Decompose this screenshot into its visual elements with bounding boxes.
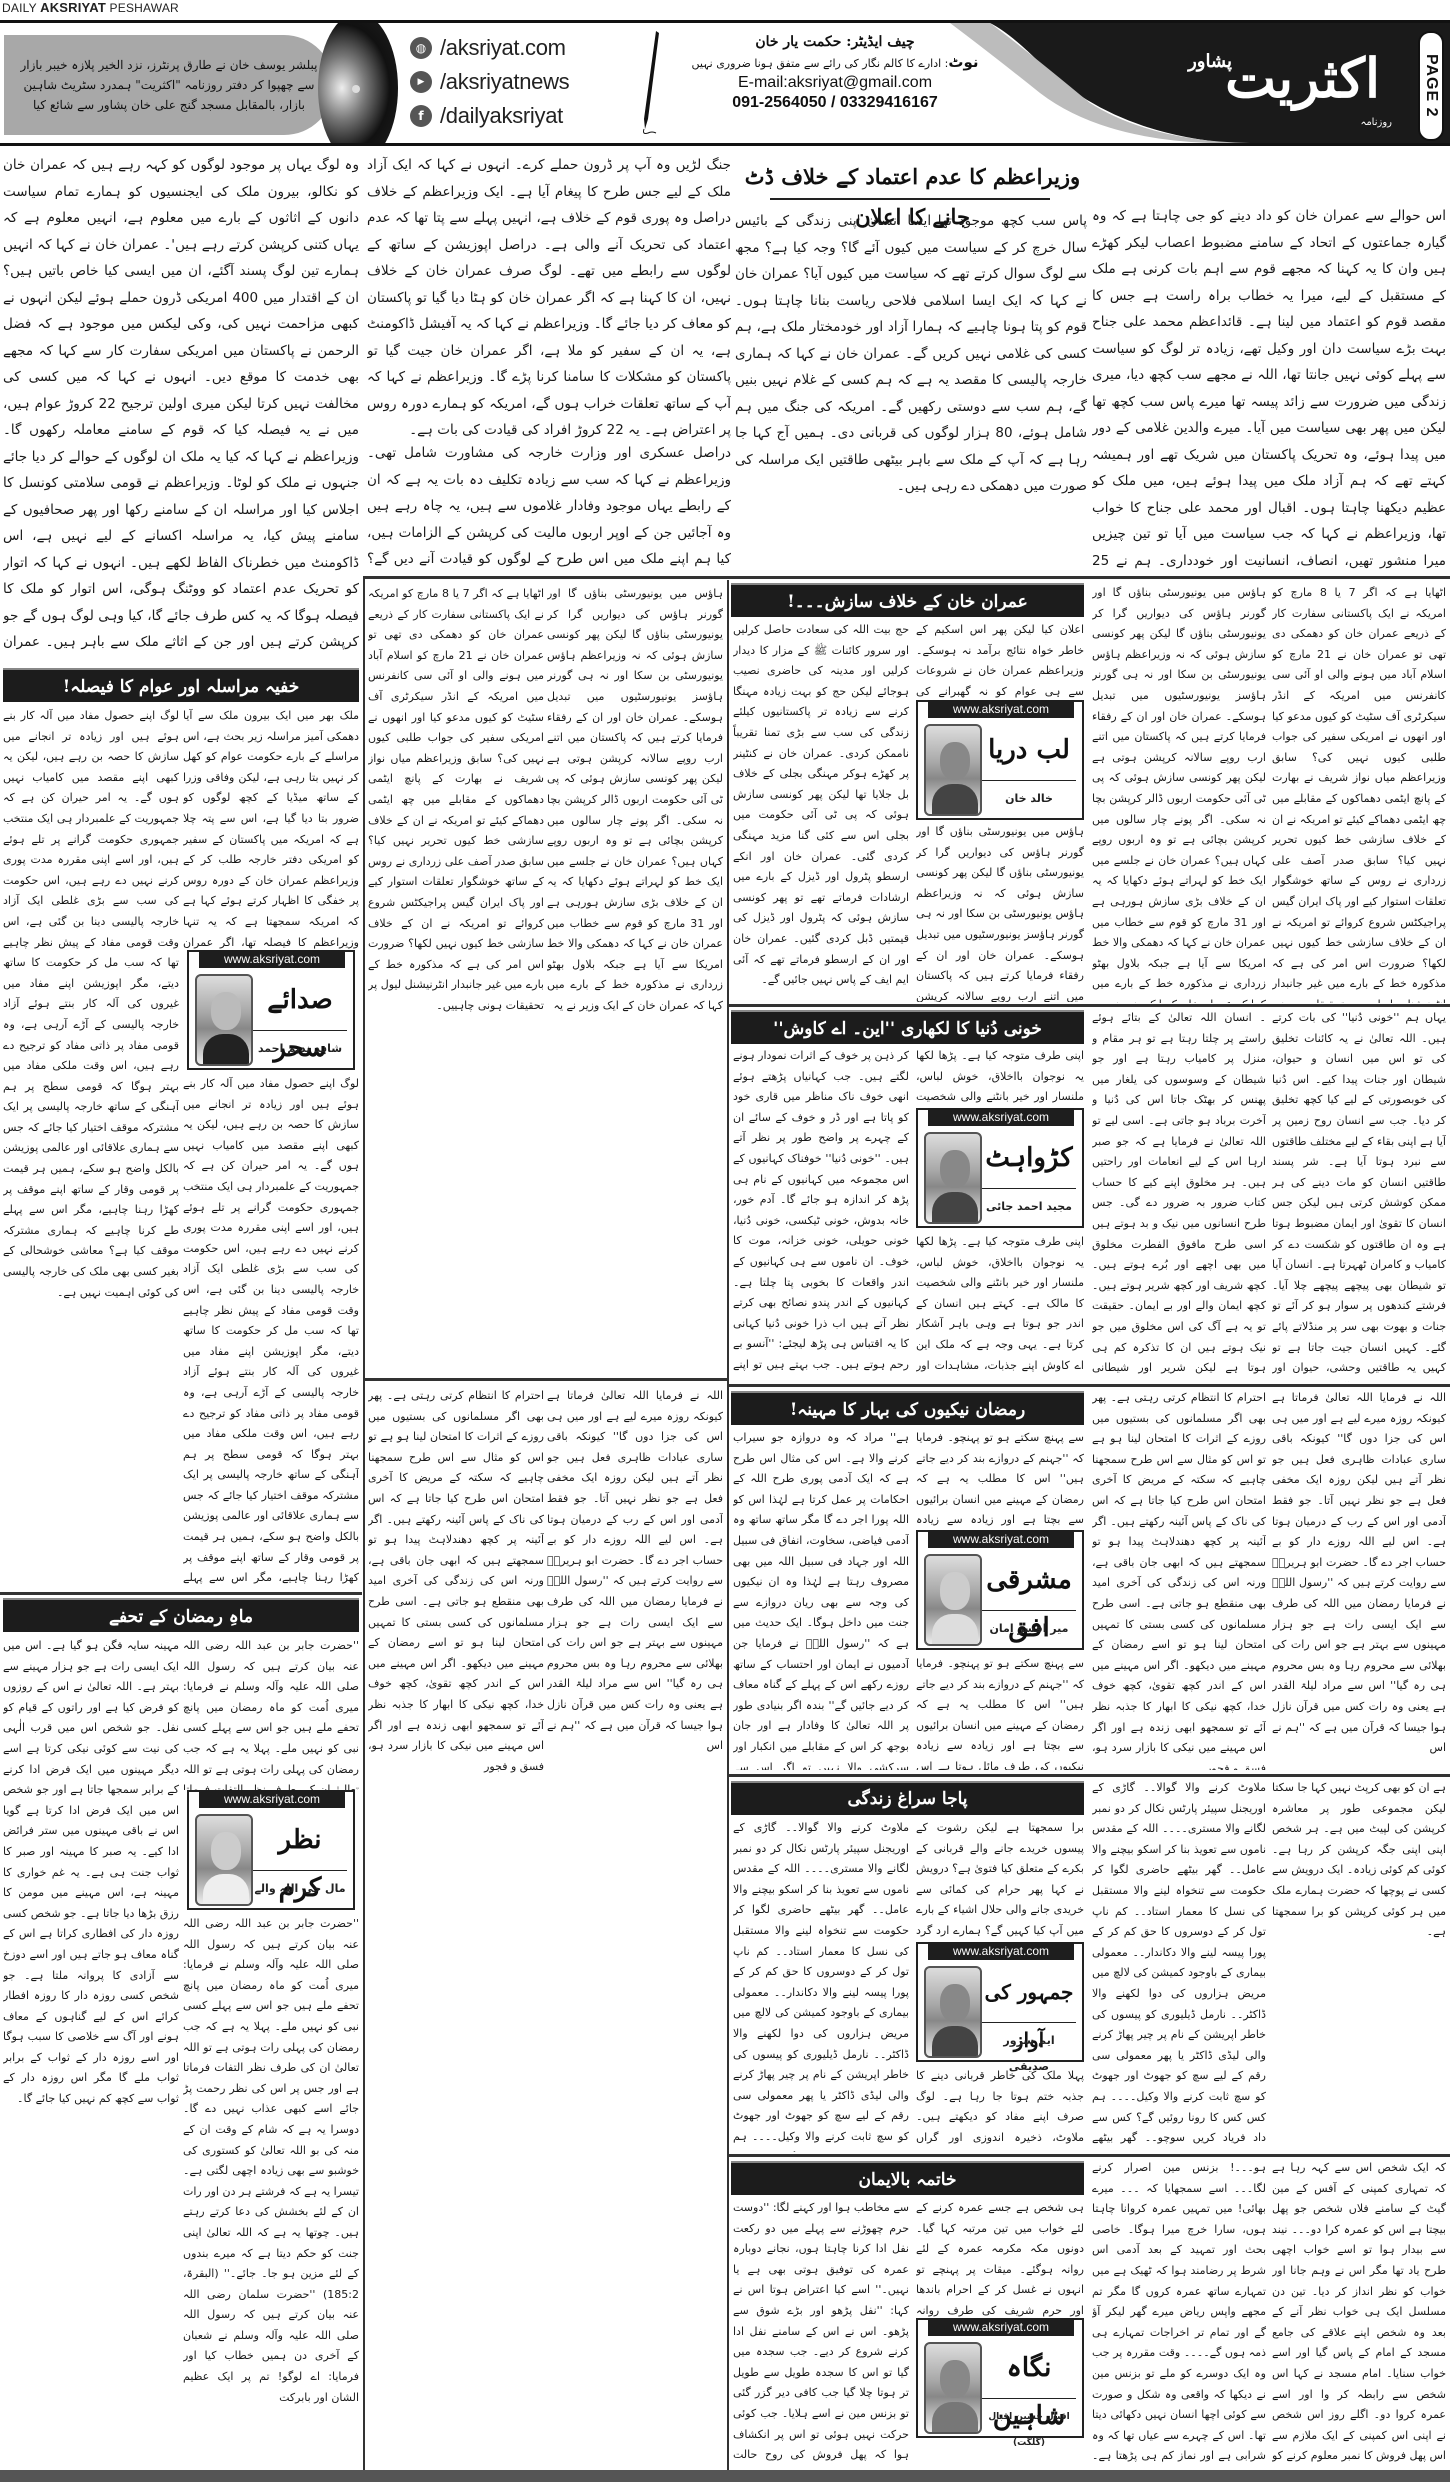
column-text: اپنی طرف متوجہ کیا ہے۔ پڑھا لکھا یہ نوجو…: [916, 1232, 1084, 1380]
column-headline: خاتمہ بالایمان: [731, 2161, 1084, 2195]
column-title: کڑواہٹ: [982, 1134, 1076, 1182]
column-text: ملاوٹ کرنے والا گوالا۔۔ گاڑی کے اوریجنل …: [733, 1818, 909, 2152]
column-text: اپنی طرف متوجہ کیا ہے۔ پڑھا لکھا یہ نوجو…: [916, 1046, 1084, 1108]
section-divider: [365, 1378, 727, 1381]
lead-text-col-3b: دراصل عسکری اور وزارت خارجہ کی مشاورت شا…: [367, 440, 731, 574]
footer-band: [0, 2470, 1450, 2482]
columnist-box: www.aksriyat.com صدائے سحر شاہد ندیم احم…: [187, 950, 355, 1070]
column-text: برا سمجھتا ہے لیکن رشوت کے پیسوں خریدے ج…: [916, 1818, 1084, 1942]
website-url: www.aksriyat.com: [928, 2318, 1074, 2336]
column-text: اللہ نے فرمایا اللہ تعالیٰ فرماتا ہے کیو…: [1272, 1388, 1446, 1770]
newspaper-logo: پشاور اکثریت روزنامہ: [1130, 33, 1400, 133]
column-headline: خفیہ مراسلہ اور عوام کا فیصلہ!: [3, 668, 359, 702]
columnist-box: www.aksriyat.com کڑواہٹ مجید احمد جائی: [916, 1108, 1084, 1228]
columnist-name: مجید احمد جائی: [982, 1194, 1076, 1220]
column-text: مہینہ سایہ فگن ہو گیا ہے۔ اس میں ایک ایس…: [3, 1636, 179, 2468]
column-title: لب دریا: [982, 726, 1076, 774]
social-link-youtube[interactable]: ▶ /aksriyatnews: [410, 65, 630, 99]
website-url: www.aksriyat.com: [199, 1790, 345, 1808]
column-text: ۔ انسان اللہ تعالیٰ کے بتائے ہوئے راستے …: [1092, 1008, 1266, 1382]
section-divider: [729, 1004, 1450, 1007]
column-text: ہی شخص ہے جسے عمرہ کرنے کے لئے خواب میں …: [916, 2198, 1084, 2320]
section-divider: [364, 576, 1450, 579]
column-text: ہاؤس میں یونیورسٹی بناؤں گا اور گورنر ہا…: [1092, 583, 1266, 1003]
masthead: پبلشر یوسف خان نے طارق پرنٹرز، نزد الخیر…: [0, 20, 1450, 146]
column-text: کر ذہن پر خوف کے اثرات نمودار ہونے لگتے …: [733, 1046, 909, 1380]
column-text: ہاؤس میں یونیورسٹی بناؤں گا اور گورنر ہا…: [547, 584, 723, 1374]
columnist-box: www.aksriyat.com نظر کرم مال جی اللہ وال…: [187, 1790, 355, 1910]
column-text: ہے'' مراد کہ وہ دروازہ جو سیراب کرنے وال…: [733, 1428, 909, 1770]
column-text: یہاں ہم ''خونی دُنیا'' کی بات کرتے ہیں۔ …: [1272, 1008, 1446, 1382]
website-url: www.aksriyat.com: [928, 1108, 1074, 1126]
column-text: کہ ایک شخص اس سے کہہ رہا ہے کہ تمہاری کم…: [1272, 2158, 1446, 2468]
lead-text-col-3: جنگ لڑیں وہ آپ پر ڈرون حملے کرے۔ انہوں ن…: [367, 152, 731, 442]
facebook-icon: f: [410, 105, 432, 127]
column-headline: ماہِ رمضان کے تحفے: [3, 1598, 359, 1632]
lead-text-col-4: وہ لوگ یہاں پر موجود لوگوں کو کہہ رہے ہی…: [3, 152, 359, 657]
column-text: احترام کا انتظام کرتی رہتی ہے۔ پھر بھی ا…: [1092, 1388, 1266, 1770]
social-links: ◍ /aksriyat.com ▶ /aksriyatnews f /daily…: [410, 31, 630, 133]
column-text: ملاوٹ کرنے والا گوالا۔۔ گاڑی کے اوریجنل …: [1092, 1778, 1266, 2152]
columnist-photo: [195, 974, 253, 1066]
website-url: www.aksriyat.com: [199, 950, 345, 968]
website-url: www.aksriyat.com: [928, 700, 1074, 718]
column-text: لوگ اپنے حصول مفاد میں آلہ کار بنے ہوئے …: [183, 1074, 359, 1588]
columnist-photo: [924, 2342, 982, 2434]
disc-decoration-icon: [318, 20, 398, 146]
column-headline: عمران خان کے خلاف سازش۔۔۔!: [731, 583, 1084, 617]
section-divider: [729, 2154, 1450, 2157]
social-link-facebook[interactable]: f /dailyaksriyat: [410, 99, 630, 133]
column-text: ملک بھر میں ایک بیرون ملک سے آیا دھمکی آ…: [183, 706, 359, 950]
column-text: لوگ اپنے حصول مفاد میں آلہ کار بنے ہوئے …: [3, 706, 179, 1588]
globe-icon: ◍: [410, 37, 432, 59]
columnist-name: میر افسر امان: [982, 1616, 1076, 1642]
columnist-photo: [924, 1132, 982, 1224]
columnist-photo: [924, 724, 982, 816]
page-number-tab: PAGE 2: [1418, 31, 1444, 141]
column-text: احترام کا انتظام کرتی رہتی ہے۔ پھر بھی ا…: [368, 1386, 544, 2468]
column-headline: خونی دُنیا کا لکھاری ''این۔ اے کاوش'': [731, 1010, 1084, 1044]
column-text: ہاؤس میں یونیورسٹی بناؤں گا اور گورنر ہا…: [916, 822, 1084, 1002]
social-link-website[interactable]: ◍ /aksriyat.com: [410, 31, 630, 65]
pen-icon: [640, 29, 660, 139]
publisher-box: پبلشر یوسف خان نے طارق پرنٹرز، نزد الخیر…: [4, 35, 334, 135]
column-text: اٹھایا ہے کہ اگر 7 یا 8 مارچ کو امریکہ ن…: [368, 584, 544, 1374]
newspaper-label: DAILY AKSRIYAT PESHAWAR: [2, 0, 179, 16]
column-text: سے پہنچ سکتے ہو تو پہنچو۔ فرمایا کہ ''جہ…: [916, 1654, 1084, 1770]
columnist-photo: [924, 1966, 982, 2058]
columnist-name: مال جی اللہ والے: [253, 1876, 347, 1902]
section-divider: [0, 1592, 362, 1595]
column-text: پہلا ملک کی خاطر قربانی دینے کا جذبہ ختم…: [916, 2066, 1084, 2152]
column-text: سے مخاطب ہوا اور کہنے لگا: ''دوست حرم چھ…: [733, 2198, 909, 2468]
youtube-icon: ▶: [410, 71, 432, 93]
column-divider: [727, 580, 729, 2470]
columnist-box: www.aksriyat.com جمہور کی آواز ایم سرور …: [916, 1942, 1084, 2062]
column-divider: [363, 576, 365, 2470]
column-text: سے پہنچ سکتے ہو تو پہنچو۔ فرمایا کہ ''جہ…: [916, 1428, 1084, 1530]
columnist-name: خالد خان: [982, 786, 1076, 812]
column-text: حج بیت اللہ کی سعادت حاصل کرلیں اور سرور…: [733, 620, 909, 1002]
columnist-photo: [924, 1554, 982, 1646]
website-url: www.aksriyat.com: [928, 1530, 1074, 1548]
column-text: اٹھایا ہے کہ اگر 7 یا 8 مارچ کو امریکہ ن…: [1272, 583, 1446, 1003]
lead-text-col-1: اس حوالے سے عمران خان کو داد دینے کو جی …: [1092, 203, 1446, 575]
column-text: ''حضرت جابر بن عبد اللہ رضی اللہ عنہ بیا…: [183, 1636, 359, 1790]
column-text: ''حضرت جابر بن عبد اللہ رضی اللہ عنہ بیا…: [183, 1914, 359, 2468]
section-divider: [729, 1774, 1450, 1777]
column-headline: رمضان نیکیوں کی بہار کا مہینہ!: [731, 1391, 1084, 1425]
website-url: www.aksriyat.com: [928, 1942, 1074, 1960]
column-text: ہو۔۔۔! بزنس مین اصرار کرنے لگا۔۔۔ اسے سم…: [1092, 2158, 1266, 2468]
section-divider: [729, 1384, 1450, 1387]
columnist-name: اقبال حسین اقبال (گلگت): [982, 2404, 1076, 2456]
columnist-name: شاہد ندیم احمد: [253, 1036, 347, 1062]
columnist-box: www.aksriyat.com نگاہ شاہین اقبال حسین ا…: [916, 2318, 1084, 2438]
columnist-photo: [195, 1814, 253, 1906]
columnist-box: www.aksriyat.com لب دریا خالد خان: [916, 700, 1084, 820]
column-text: اللہ نے فرمایا اللہ تعالیٰ فرماتا ہے کیو…: [547, 1386, 723, 2468]
lead-text-col-2: پاس سب کچھ موجود تھا ایسا انسان اپنی زند…: [735, 152, 1087, 576]
columnist-box: www.aksriyat.com مشرقی افق میر افسر امان: [916, 1530, 1084, 1650]
publisher-note: پبلشر یوسف خان نے طارق پرنٹرز، نزد الخیر…: [18, 55, 320, 115]
column-text: ہے ان کو بھی کرپٹ نہیں کہا جا سکتا لیکن …: [1272, 1778, 1446, 2152]
column-headline: پاجا سراغ زندگی: [731, 1781, 1084, 1815]
